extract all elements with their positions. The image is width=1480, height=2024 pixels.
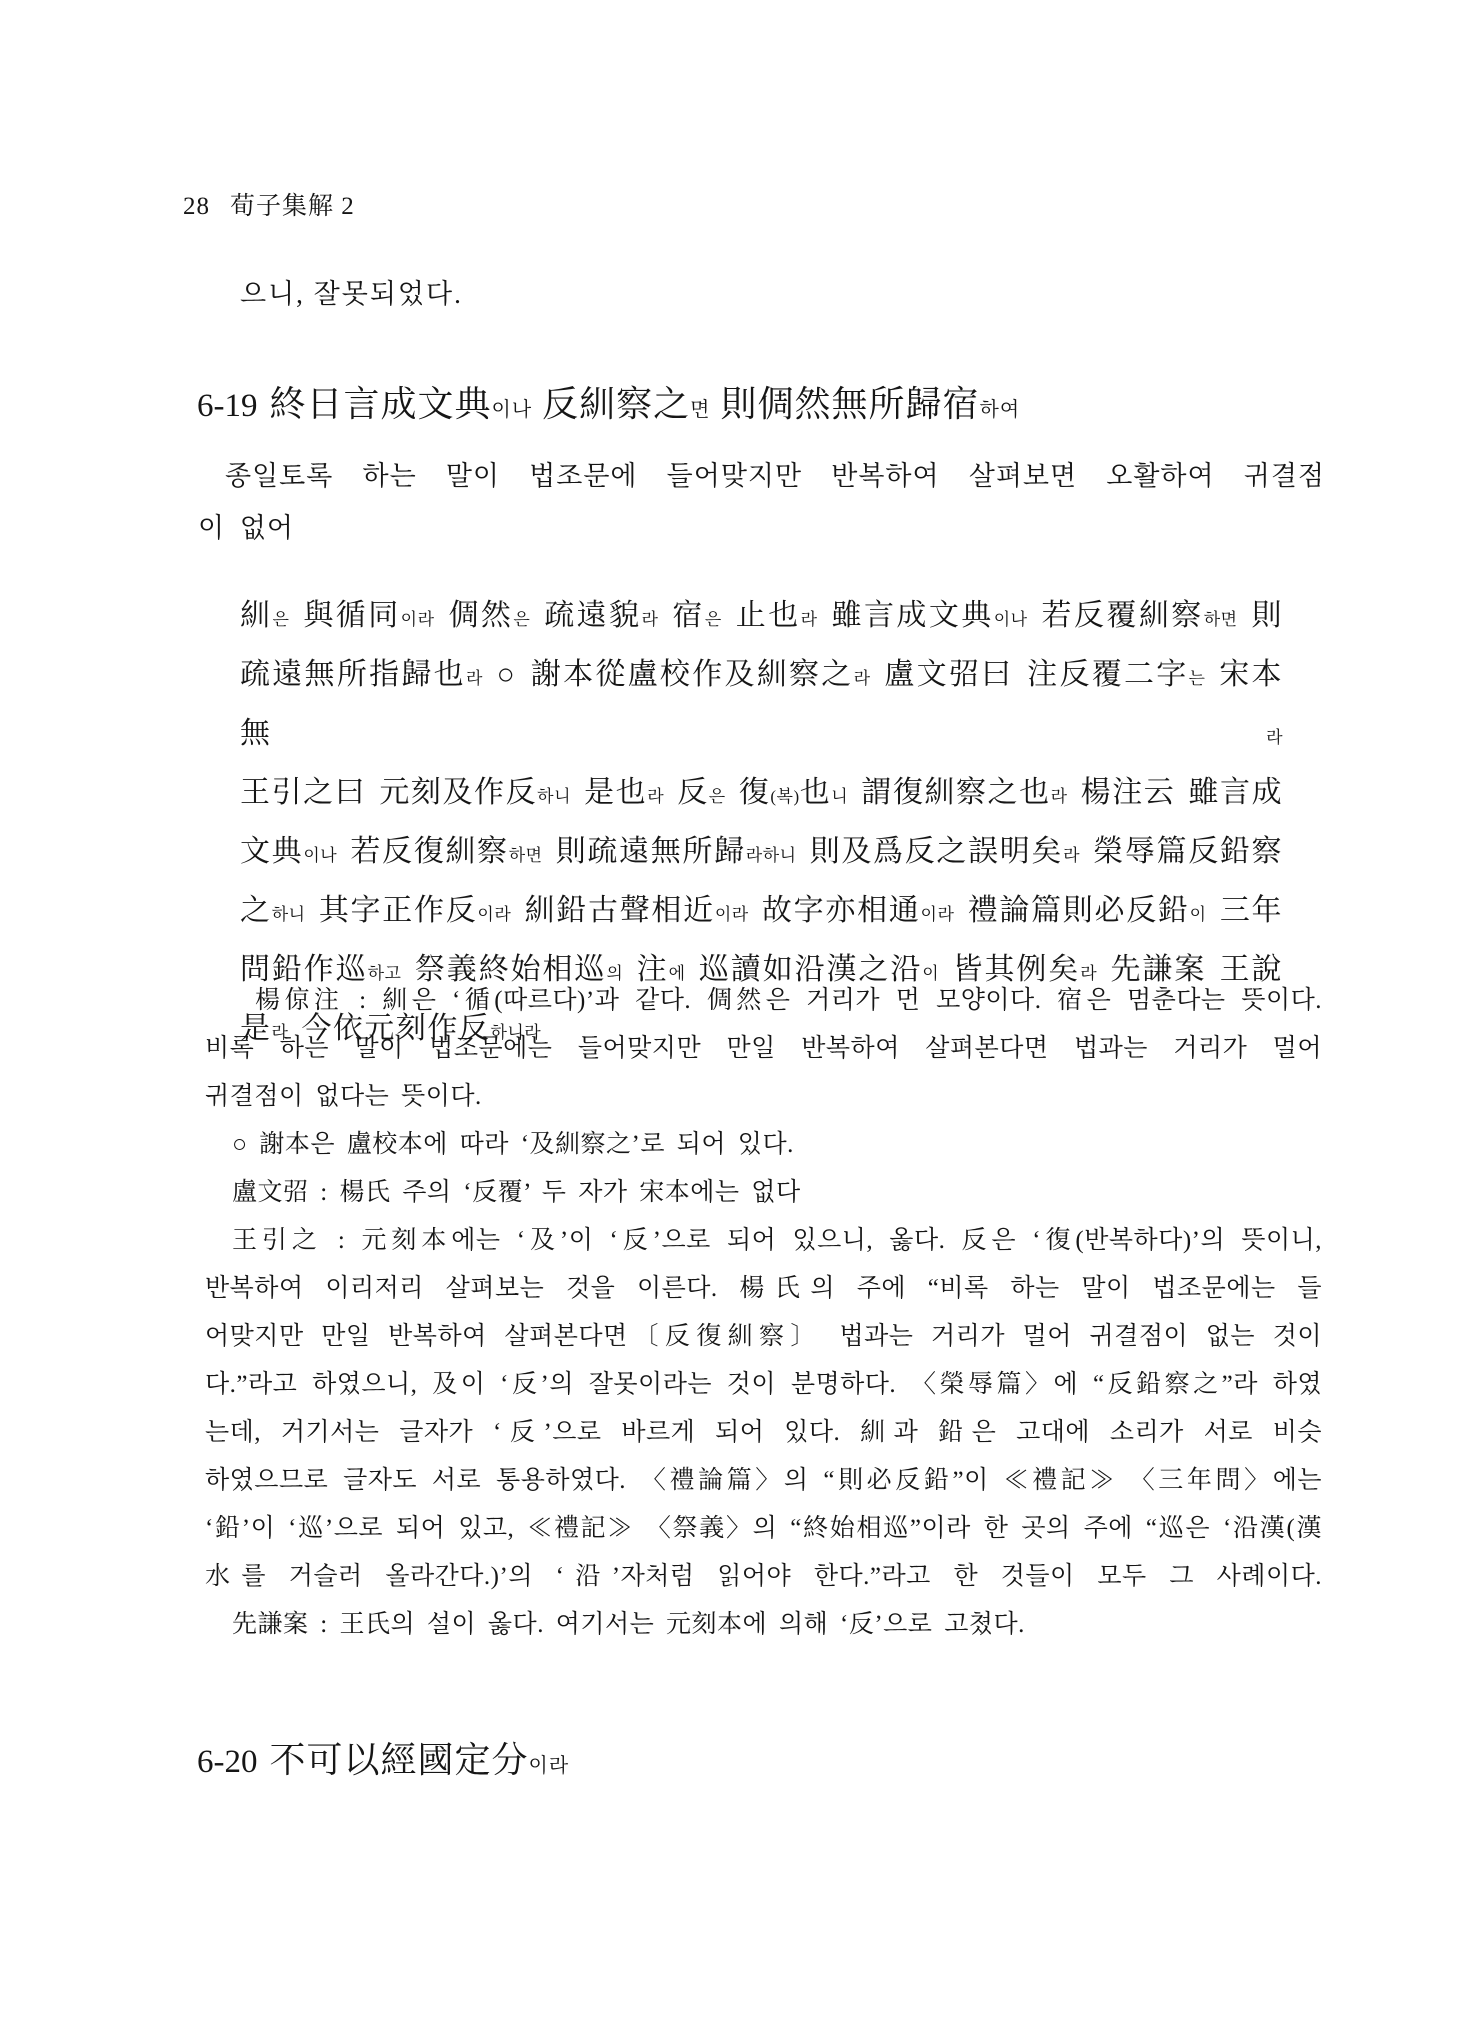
commentary-line: 다.”라고 하였으니, 及이 ‘反’의 잘못이라는 것이 분명하다. 〈榮辱篇〉… bbox=[205, 1361, 1322, 1409]
commentary-line: 비록 하는 말이 법조문에는 들어맞지만 만일 반복하여 살펴본다면 법과는 거… bbox=[205, 1025, 1322, 1073]
page-number: 28 bbox=[183, 193, 210, 220]
section-number: 6-20 bbox=[197, 1744, 258, 1780]
commentary-line: 楊倞注 : 紃은 ‘循(따르다)’과 같다. 倜然은 거리가 먼 모양이다. 宿… bbox=[205, 977, 1322, 1025]
korean-translation-paragraph: 종일토록 하는 말이 법조문에 들어맞지만 반복하여 살펴보면 오활하여 귀결점… bbox=[198, 450, 1325, 554]
section-number: 6-19 bbox=[197, 388, 258, 424]
commentary-line: 반복하여 이리저리 살펴보는 것을 이른다. 楊氏의 주에 “비록 하는 말이 … bbox=[205, 1265, 1322, 1313]
commentary-line: ‘鉛’이 ‘巡’으로 되어 있고, ≪禮記≫ 〈祭義〉의 “終始相巡”이라 한 … bbox=[205, 1505, 1322, 1553]
commentary-line: 귀결점이 없다는 뜻이다. bbox=[205, 1073, 1322, 1121]
commentary-line: 水를 거슬러 올라간다.)’의 ‘沿’자처럼 읽어야 한다.”라고 한 것들이 … bbox=[205, 1553, 1322, 1601]
commentary-translation-block: 楊倞注 : 紃은 ‘循(따르다)’과 같다. 倜然은 거리가 먼 모양이다. 宿… bbox=[205, 977, 1322, 1649]
book-title: 荀子集解 2 bbox=[230, 193, 355, 220]
translation-line: 이 없어 bbox=[198, 502, 1325, 554]
commentary-line: 先謙案 : 王氏의 설이 옳다. 여기서는 元刻本에 의해 ‘反’으로 고쳤다. bbox=[205, 1601, 1322, 1649]
section-heading-6-19: 6-19終日言成文典이나 反紃察之면 則倜然無所歸宿하여 bbox=[197, 376, 1020, 427]
scanned-book-page: 28荀子集解 2 으니, 잘못되었다. 6-19終日言成文典이나 反紃察之면 則… bbox=[0, 0, 1480, 2024]
translation-line: 종일토록 하는 말이 법조문에 들어맞지만 반복하여 살펴보면 오활하여 귀결점 bbox=[198, 450, 1325, 502]
commentary-line: ○ 謝本은 盧校本에 따라 ‘及紃察之’로 되어 있다. bbox=[205, 1121, 1322, 1169]
jijie-line: 紃은 與循同이라 倜然은 疏遠貌라 宿은 止也라 雖言成文典이나 若反覆紃察하면… bbox=[240, 588, 1283, 647]
commentary-line: 어맞지만 만일 반복하여 살펴본다면〔反復紃察〕 법과는 거리가 멀어 귀결점이… bbox=[205, 1313, 1322, 1361]
jijie-line: 文典이나 若反復紃察하면 則疏遠無所歸라하니 則及爲反之誤明矣라 榮辱篇反鉛察 bbox=[240, 824, 1283, 883]
commentary-line: 王引之 : 元刻本에는 ‘及’이 ‘反’으로 되어 있으니, 옳다. 反은 ‘復… bbox=[205, 1217, 1322, 1265]
commentary-line: 盧文弨 : 楊氏 주의 ‘反覆’ 두 자가 宋本에는 없다 bbox=[205, 1169, 1322, 1217]
section-heading-hanmun: 不可以經國定分이라 bbox=[270, 1740, 570, 1780]
jijie-line: 疏遠無所指歸也라 ○ 謝本從盧校作及紃察之라 盧文弨曰 注反覆二字는 宋本無라 bbox=[240, 647, 1283, 765]
carryover-text-line: 으니, 잘못되었다. bbox=[240, 272, 463, 311]
commentary-line: 하였으므로 글자도 서로 통용하였다. 〈禮論篇〉의 “則必反鉛”이 ≪禮記≫ … bbox=[205, 1457, 1322, 1505]
commentary-line: 는데, 거기서는 글자가 ‘反’으로 바르게 되어 있다. 紃과 鉛은 고대에 … bbox=[205, 1409, 1322, 1457]
section-heading-6-20: 6-20不可以經國定分이라 bbox=[197, 1732, 569, 1783]
jijie-line: 之하니 其字正作反이라 紃鉛古聲相近이라 故字亦相通이라 禮論篇則必反鉛이 三年 bbox=[240, 883, 1283, 942]
running-header: 28荀子集解 2 bbox=[183, 186, 355, 222]
section-heading-hanmun: 終日言成文典이나 反紃察之면 則倜然無所歸宿하여 bbox=[270, 384, 1021, 424]
jijie-line: 王引之曰 元刻及作反하니 是也라 反은 復(복)也니 謂復紃察之也라 楊注云 雖… bbox=[240, 765, 1283, 824]
